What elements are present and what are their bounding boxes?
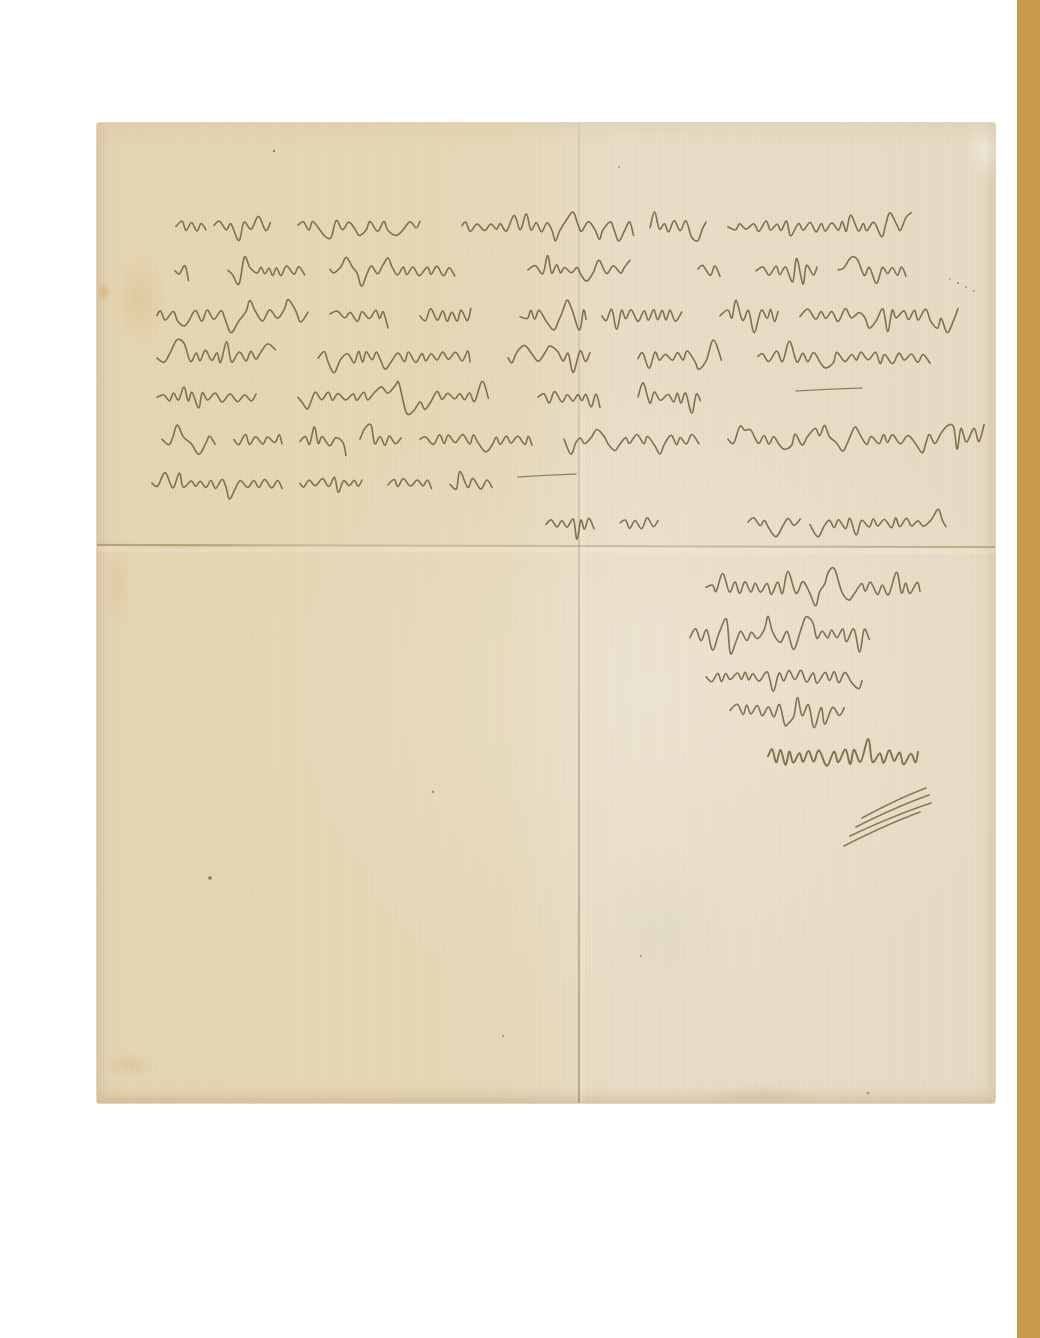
horizontal-fold-crease [97,544,995,548]
paper-stain [100,1051,160,1079]
gold-accent-bar [1017,0,1040,1338]
paper-stain [590,850,730,1010]
paper-stain [95,543,285,549]
paper-stain [965,120,1005,180]
manuscript-paper [97,123,995,1103]
paper-stain [104,545,132,625]
paper-stain [114,252,166,348]
paper-stain [700,1085,820,1105]
vertical-fold-crease [578,123,580,1103]
letter-photograph-page [0,0,1040,1338]
paper-stain [96,282,112,302]
paper-stains [97,123,995,1103]
